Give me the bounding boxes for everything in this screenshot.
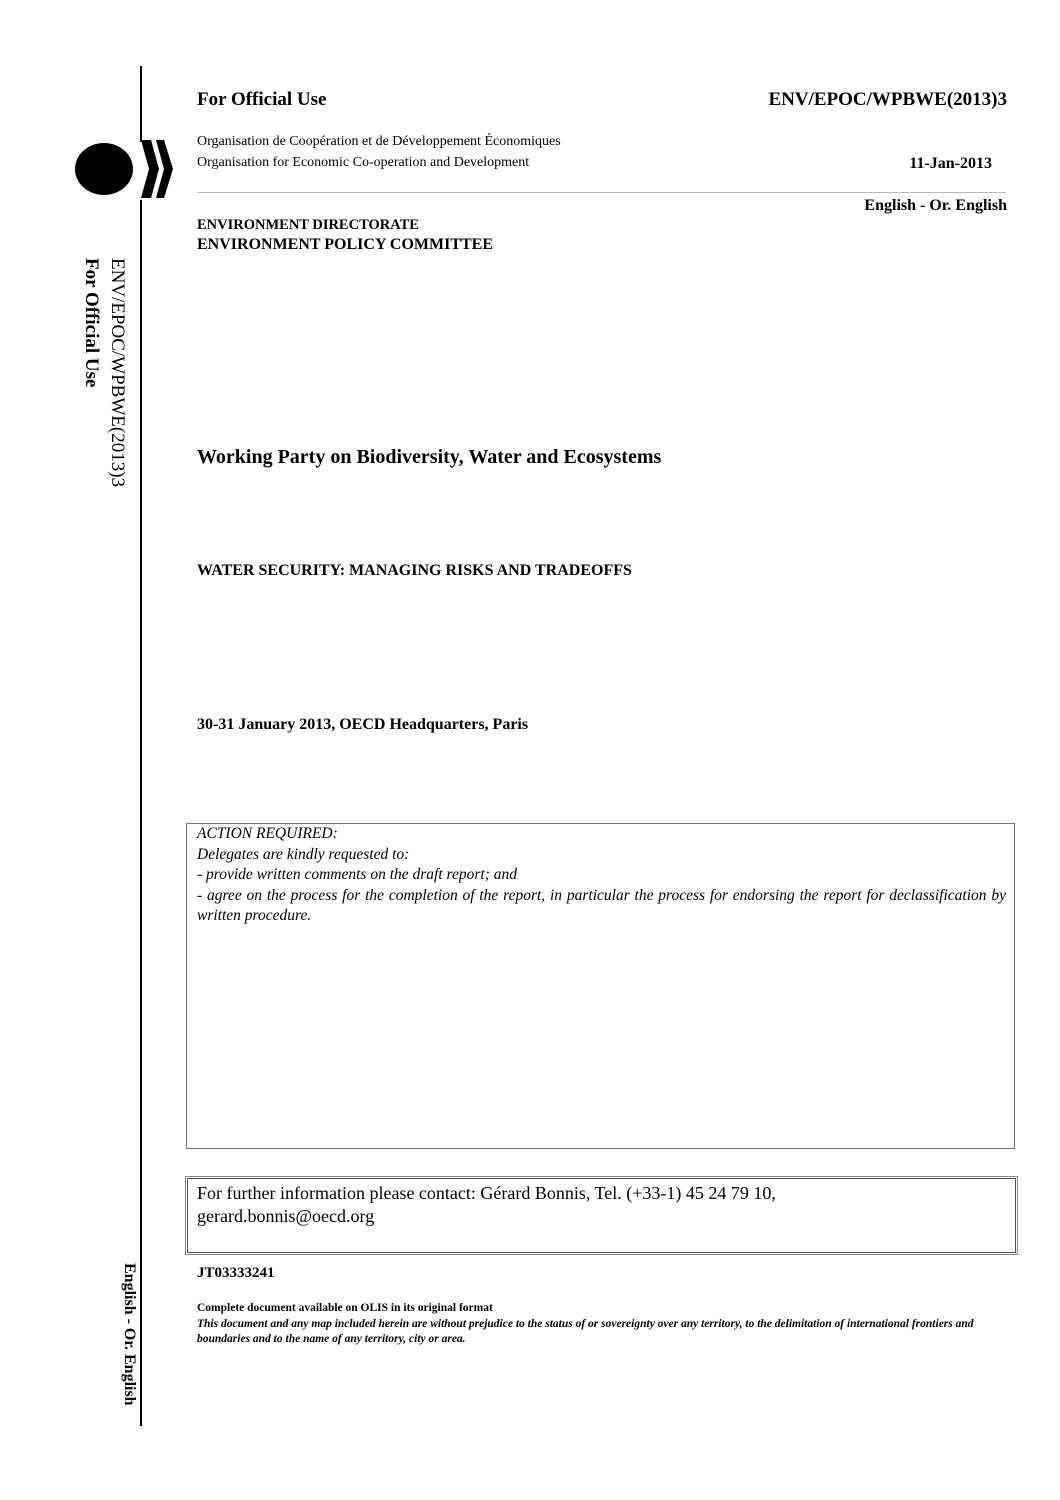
classification-label: For Official Use	[197, 89, 326, 111]
sidebar-language: English - Or. English	[120, 1263, 138, 1406]
org-name-en: Organisation for Economic Co-operation a…	[197, 155, 529, 171]
contact-text: For further information please contact: …	[197, 1182, 776, 1228]
header-divider	[197, 192, 1006, 193]
document-date: 11-Jan-2013	[909, 155, 992, 173]
job-number: JT03333241	[197, 1265, 275, 1282]
sidebar-document-code: ENV/EPOC/WPBWE(2013)3	[106, 258, 128, 487]
document-language: English - Or. English	[864, 197, 1007, 215]
sidebar-rule-top	[140, 66, 142, 142]
disclaimer: This document and any map included herei…	[197, 1317, 977, 1347]
olis-note: Complete document available on OLIS in i…	[197, 1302, 493, 1314]
action-heading: ACTION REQUIRED:	[197, 824, 1006, 845]
action-required-text: ACTION REQUIRED: Delegates are kindly re…	[197, 824, 1006, 927]
meeting-info: 30-31 January 2013, OECD Headquarters, P…	[197, 716, 528, 734]
contact-line: For further information please contact: …	[197, 1182, 776, 1205]
action-intro: Delegates are kindly requested to:	[197, 845, 1006, 866]
document-title: WATER SECURITY: MANAGING RISKS AND TRADE…	[197, 562, 632, 580]
action-required-box: ACTION REQUIRED: Delegates are kindly re…	[186, 823, 1015, 1149]
org-name-fr: Organisation de Coopération et de Dévelo…	[197, 134, 561, 150]
oecd-logo-icon	[75, 143, 133, 195]
action-item: - provide written comments on the draft …	[197, 865, 1006, 886]
document-code: ENV/EPOC/WPBWE(2013)3	[768, 89, 1007, 111]
sidebar-rule-main	[140, 200, 142, 1426]
action-item: - agree on the process for the completio…	[197, 886, 1006, 927]
contact-email[interactable]: gerard.bonnis@oecd.org	[197, 1205, 776, 1228]
committee-name: ENVIRONMENT POLICY COMMITTEE	[197, 236, 493, 254]
directorate-name: ENVIRONMENT DIRECTORATE	[197, 217, 419, 234]
sidebar-classification: For Official Use	[80, 258, 102, 387]
working-party-title: Working Party on Biodiversity, Water and…	[197, 446, 661, 469]
oecd-chevrons-icon	[139, 140, 175, 198]
contact-box: For further information please contact: …	[185, 1176, 1018, 1255]
